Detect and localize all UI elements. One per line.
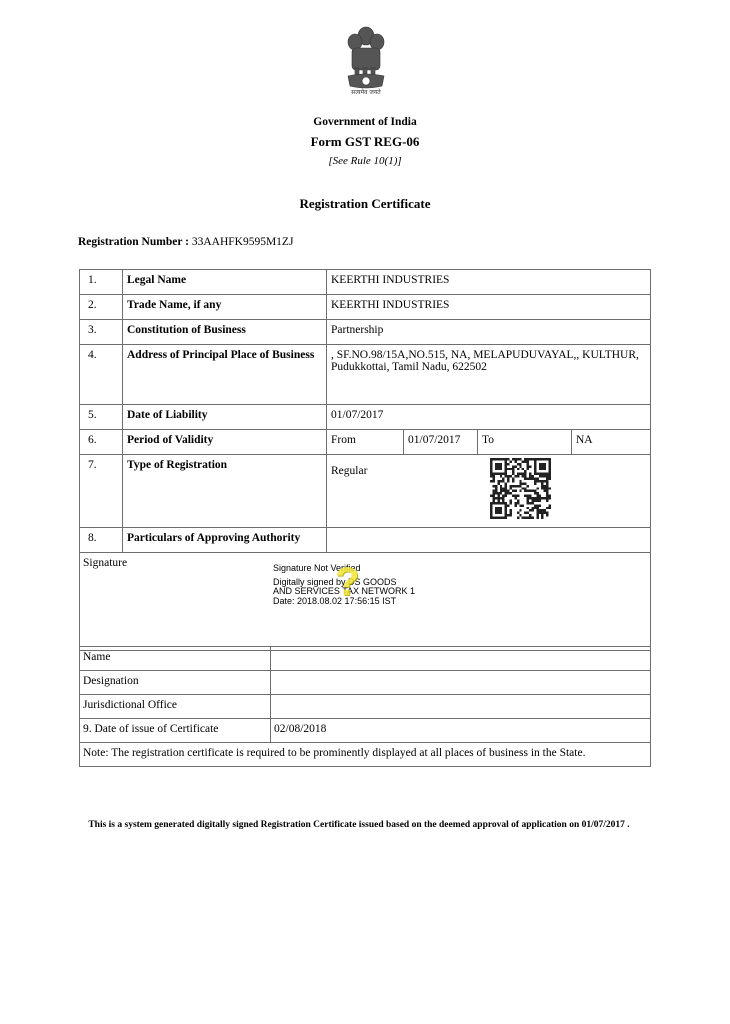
row-label: Legal Name (123, 270, 327, 295)
government-heading: Government of India (0, 116, 730, 128)
emblem-motto: सत्यमेव जयते (336, 88, 396, 96)
authority-value (271, 647, 651, 671)
row-label: Constitution of Business (123, 320, 327, 345)
validity-cell: From 01/07/2017 To NA (327, 430, 651, 455)
row-number: 5. (80, 405, 123, 430)
table-row: 3. Constitution of Business Partnership (80, 320, 651, 345)
authority-label: 9. Date of issue of Certificate (80, 719, 271, 743)
table-row: Designation (80, 671, 651, 695)
row-label: Period of Validity (123, 430, 327, 455)
table-row: 6. Period of Validity From 01/07/2017 To… (80, 430, 651, 455)
row-value: , SF.NO.98/15A,NO.515, NA, MELAPUDUVAYAL… (327, 345, 651, 405)
validity-from-value: 01/07/2017 (404, 430, 478, 454)
row-number: 7. (80, 455, 123, 528)
row-value: KEERTHI INDUSTRIES (327, 295, 651, 320)
table-row: Jurisdictional Office (80, 695, 651, 719)
certificate-title: Registration Certificate (0, 196, 730, 212)
row-number: 8. (80, 528, 123, 553)
display-note: Note: The registration certificate is re… (80, 743, 651, 767)
row-value: Partnership (327, 320, 651, 345)
table-row: 7. Type of Registration Regular (80, 455, 651, 528)
authority-table: Name Designation Jurisdictional Office 9… (79, 646, 651, 767)
row-value (327, 528, 651, 553)
row-label: Address of Principal Place of Business (123, 345, 327, 405)
validity-to-value: NA (572, 430, 651, 454)
rule-reference: [See Rule 10(1)] (0, 155, 730, 167)
authority-value: 02/08/2018 (271, 719, 651, 743)
row-number: 6. (80, 430, 123, 455)
registration-number: Registration Number : 33AAHFK9595M1ZJ (78, 236, 293, 248)
table-row: 5. Date of Liability 01/07/2017 (80, 405, 651, 430)
row-value: 01/07/2017 (327, 405, 651, 430)
row-label: Particulars of Approving Authority (123, 528, 327, 553)
authority-label: Designation (80, 671, 271, 695)
registration-type: Regular (331, 459, 646, 477)
row-value: KEERTHI INDUSTRIES (327, 270, 651, 295)
form-title: Form GST REG-06 (0, 134, 730, 150)
table-row: 2. Trade Name, if any KEERTHI INDUSTRIES (80, 295, 651, 320)
row-number: 1. (80, 270, 123, 295)
validity-from-label: From (327, 430, 404, 454)
validity-to-label: To (478, 430, 572, 454)
authority-value (271, 671, 651, 695)
row-label: Date of Liability (123, 405, 327, 430)
registration-number-label: Registration Number : (78, 236, 189, 248)
registration-number-value: 33AAHFK9595M1ZJ (192, 236, 294, 248)
table-row: Note: The registration certificate is re… (80, 743, 651, 767)
row-label: Type of Registration (123, 455, 327, 528)
table-row: 9. Date of issue of Certificate 02/08/20… (80, 719, 651, 743)
qr-code-icon (490, 458, 551, 519)
row-number: 4. (80, 345, 123, 405)
row-value: Regular (327, 455, 651, 528)
authority-label: Jurisdictional Office (80, 695, 271, 719)
question-mark-icon: ? (335, 562, 359, 602)
footer-note: This is a system generated digitally sig… (0, 820, 718, 830)
row-number: 3. (80, 320, 123, 345)
authority-label: Name (80, 647, 271, 671)
table-row: 1. Legal Name KEERTHI INDUSTRIES (80, 270, 651, 295)
authority-value (271, 695, 651, 719)
table-row: 8. Particulars of Approving Authority (80, 528, 651, 553)
national-emblem-icon (336, 22, 396, 98)
table-row: Name (80, 647, 651, 671)
row-number: 2. (80, 295, 123, 320)
table-row: 4. Address of Principal Place of Busines… (80, 345, 651, 405)
row-label: Trade Name, if any (123, 295, 327, 320)
